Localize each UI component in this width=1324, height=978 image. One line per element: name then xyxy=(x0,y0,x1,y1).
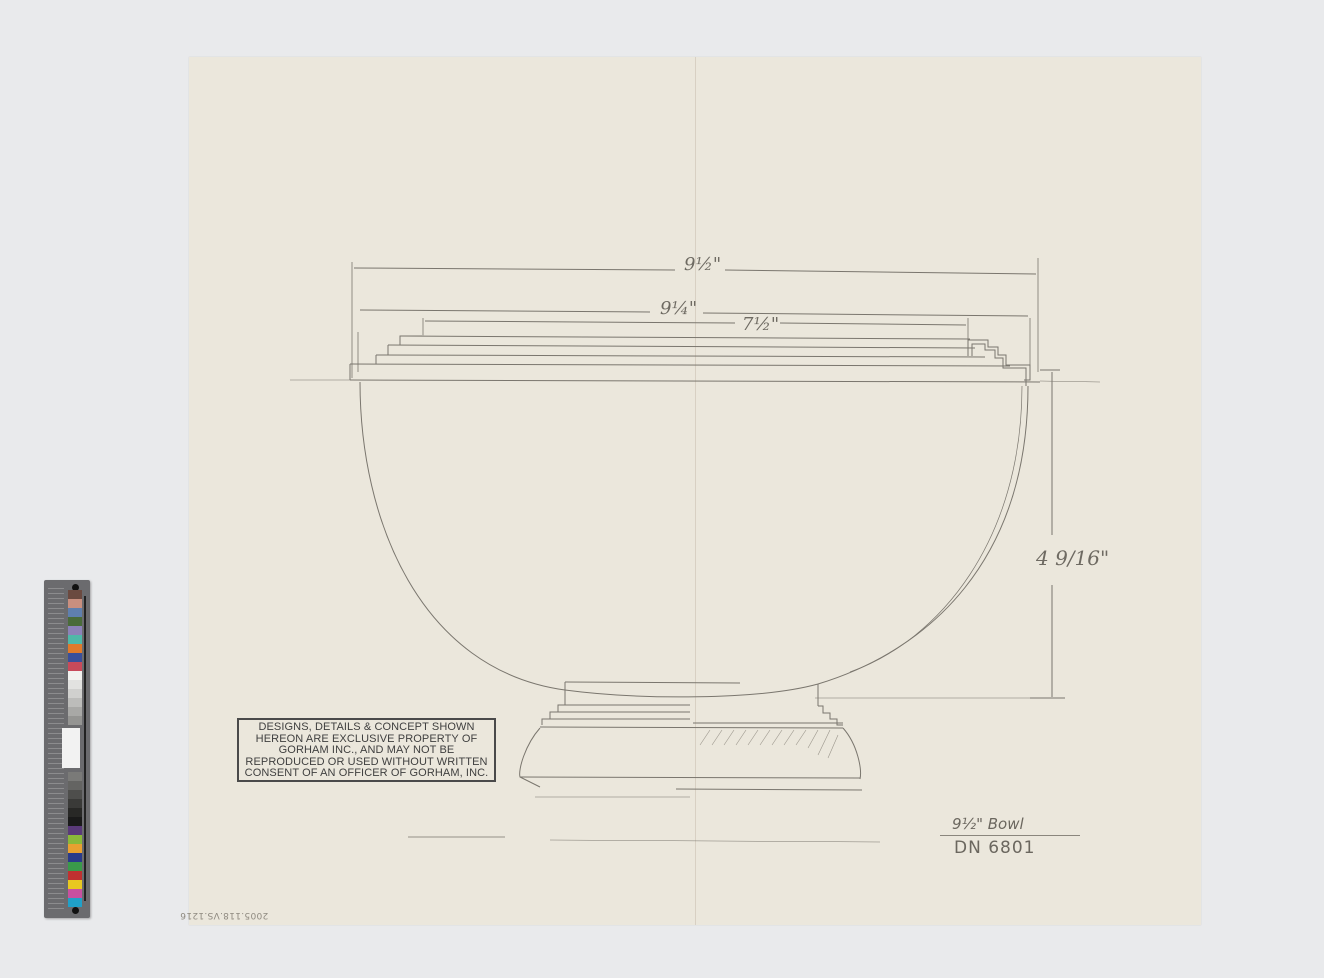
color-patch xyxy=(68,871,82,880)
color-patch xyxy=(68,844,82,853)
color-patch xyxy=(68,826,82,835)
color-patch xyxy=(68,671,82,680)
color-patch xyxy=(68,644,82,653)
color-patch xyxy=(68,653,82,662)
accession-number: 2005.118.VS.1216 xyxy=(180,910,268,920)
color-calibration-target xyxy=(44,580,90,918)
color-patches-bottom xyxy=(68,772,82,907)
color-patch xyxy=(68,680,82,689)
dimension-rim-width: 9¼" xyxy=(660,298,697,319)
stamp-line: DESIGNS, DETAILS & CONCEPT SHOWN xyxy=(239,722,494,734)
color-patch xyxy=(68,862,82,871)
color-patch xyxy=(68,689,82,698)
design-number: DN 6801 xyxy=(940,838,1080,858)
color-patch xyxy=(68,880,82,889)
color-patch xyxy=(68,799,82,808)
color-patch xyxy=(68,626,82,635)
color-patch xyxy=(68,716,82,725)
color-patch xyxy=(68,772,82,781)
stamp-line: GORHAM INC., AND MAY NOT BE xyxy=(239,745,494,757)
mount-hole xyxy=(72,907,79,914)
bowl-drawing xyxy=(0,0,1324,978)
scale-rail xyxy=(84,596,86,901)
drawing-title: 9½" Bowl xyxy=(940,815,1080,836)
title-block: 9½" Bowl DN 6801 xyxy=(940,815,1080,858)
color-patch xyxy=(68,889,82,898)
color-patch xyxy=(68,635,82,644)
dimension-overall-width: 9½" xyxy=(684,254,721,275)
color-patch xyxy=(68,662,82,671)
color-patch xyxy=(68,790,82,799)
color-patch xyxy=(68,590,82,599)
dimension-inner-width: 7½" xyxy=(742,314,779,335)
color-patches-top xyxy=(68,590,82,725)
color-patch xyxy=(68,835,82,844)
color-patch xyxy=(68,808,82,817)
stamp-line: CONSENT OF AN OFFICER OF GORHAM, INC. xyxy=(239,768,494,780)
color-patch xyxy=(68,707,82,716)
color-patch xyxy=(68,617,82,626)
calibration-label xyxy=(62,728,80,768)
dimension-height: 4 9/16" xyxy=(1036,546,1109,570)
color-patch xyxy=(68,608,82,617)
color-patch xyxy=(68,898,82,907)
color-patch xyxy=(68,817,82,826)
color-patch xyxy=(68,781,82,790)
color-patch xyxy=(68,599,82,608)
color-patch xyxy=(68,853,82,862)
color-patch xyxy=(68,698,82,707)
proprietary-notice-stamp: DESIGNS, DETAILS & CONCEPT SHOWN HEREON … xyxy=(237,718,496,782)
